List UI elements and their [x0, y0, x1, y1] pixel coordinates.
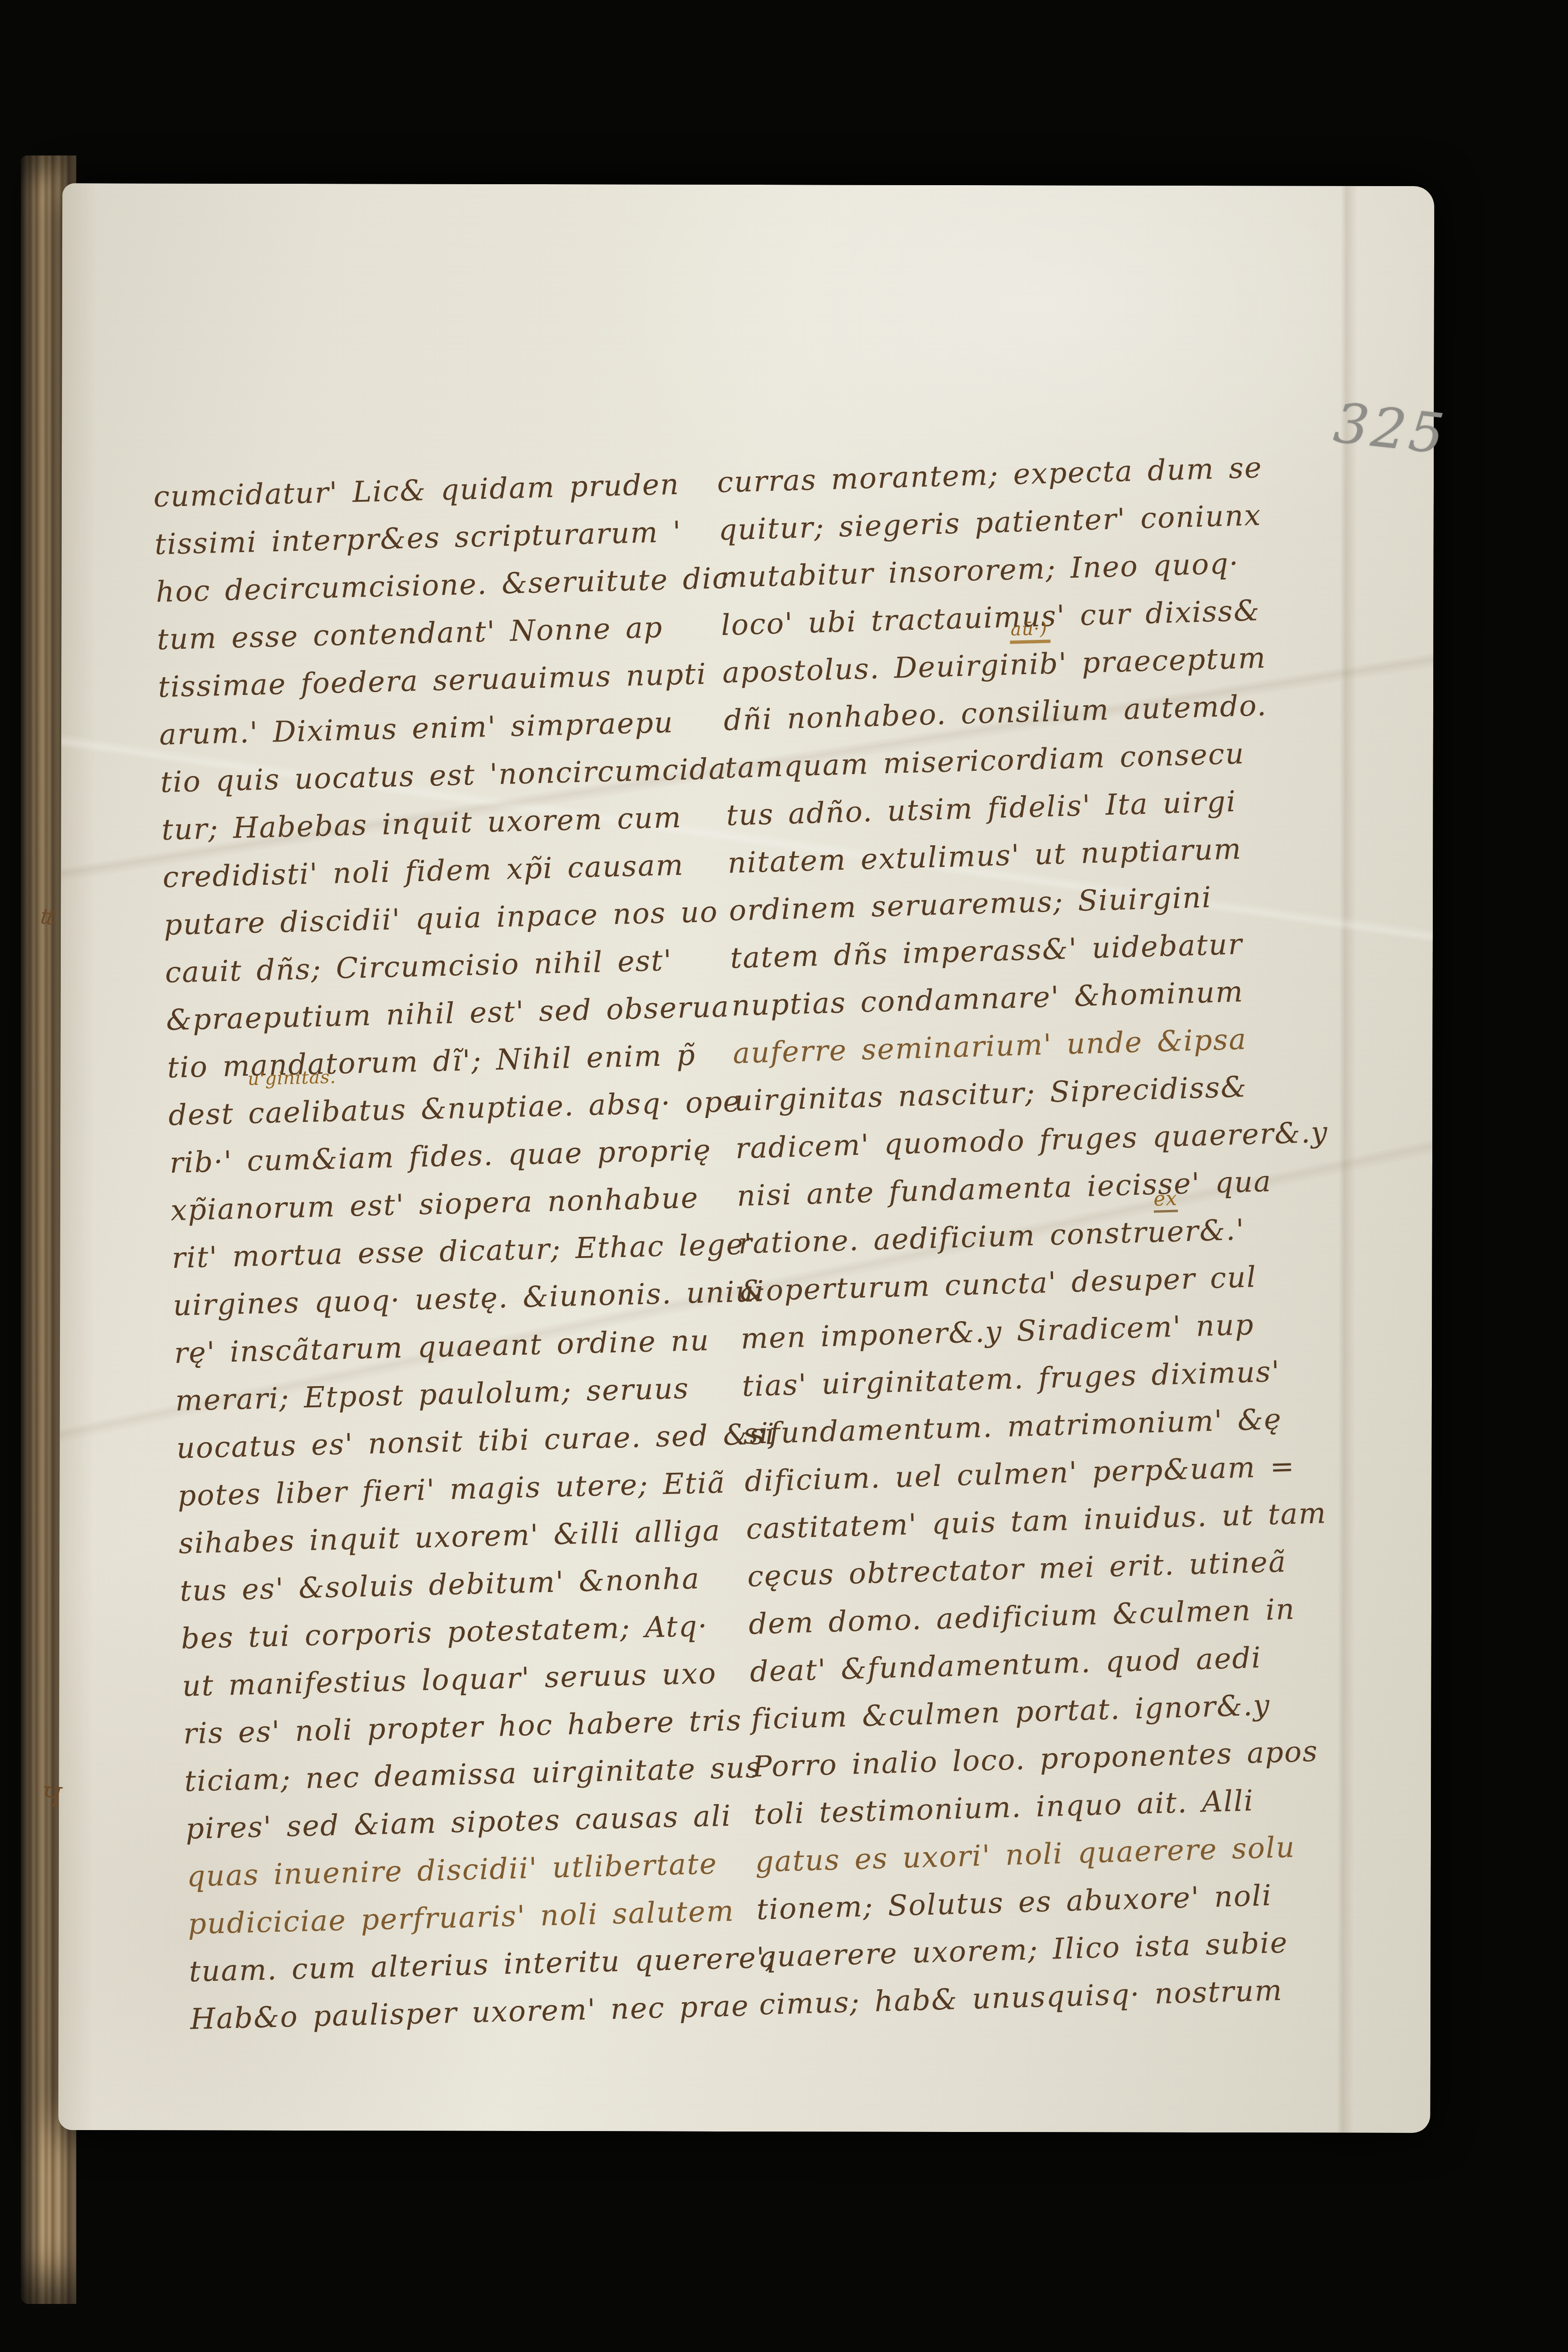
folio-number-pencil: 325 [1331, 391, 1450, 466]
text-column-right: aū·) ex curras morantem; expecta dum seq… [717, 450, 1341, 2036]
interlinear-gloss-uirginitas: u'ginitas. [247, 1066, 336, 1089]
interlinear-gloss-autem: aū·) [1009, 618, 1050, 644]
text-column-left: u'ginitas. cumcidatur' Lic& quidam prude… [153, 467, 754, 2050]
interlinear-gloss-ex: ex [1153, 1187, 1178, 1213]
parchment-page: 325 u'ginitas. cumcidatur' Lic& quidam p… [58, 183, 1435, 2133]
manuscript-photo: 325 u'ginitas. cumcidatur' Lic& quidam p… [0, 0, 1568, 2352]
margin-nota-bottom: Ч [41, 1781, 63, 1813]
